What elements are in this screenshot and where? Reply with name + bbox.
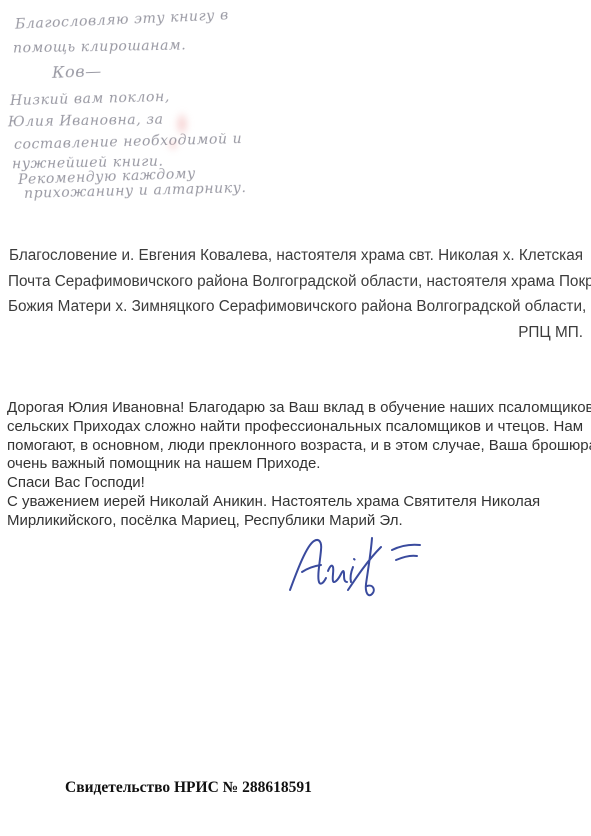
attribution-line: РПЦ МП.: [8, 320, 583, 346]
letter-line: очень важный помощник на нашем Приходе.: [7, 455, 591, 474]
handwritten-note-line: Юлия Ивановна, за: [8, 112, 164, 131]
document-scan-page: Благословляю эту книгу в помощь клирошан…: [0, 0, 591, 836]
handwritten-note-line: помощь клирошанам.: [13, 37, 187, 56]
blessing-attribution-paragraph: Благословение и. Евгения Ковалева, насто…: [8, 243, 583, 345]
signature-ink-stroke: [284, 534, 429, 604]
attribution-line: Почта Серафимовичского района Волгоградс…: [8, 269, 583, 295]
certificate-number-line: Свидетельство НРИС № 288618591: [65, 779, 312, 797]
letter-line: С уважением иерей Николай Аникин. Настоя…: [7, 493, 591, 512]
handwritten-note-line: составление необходимой и: [14, 131, 243, 153]
letter-line: Спаси Вас Господи!: [7, 474, 591, 493]
attribution-line: Благословение и. Евгения Ковалева, насто…: [8, 243, 583, 269]
handwritten-note-line: Низкий вам поклон,: [10, 89, 170, 109]
letter-line: сельских Приходах сложно найти профессио…: [7, 418, 591, 437]
letter-line: Мирликийского, посёлка Мариец, Республик…: [7, 512, 591, 531]
review-letter-paragraph: Дорогая Юлия Ивановна! Благодарю за Ваш …: [7, 399, 591, 531]
letter-line: Дорогая Юлия Ивановна! Благодарю за Ваш …: [7, 399, 591, 418]
handwritten-note-line: Благословляю эту книгу в: [15, 7, 229, 32]
attribution-line: Божия Матери х. Зимняцкого Серафимовичск…: [8, 294, 583, 320]
handwritten-note-signature: Ков—: [52, 61, 102, 82]
letter-line: помогают, в основном, люди преклонного в…: [7, 437, 591, 456]
priest-signature: [284, 534, 429, 604]
